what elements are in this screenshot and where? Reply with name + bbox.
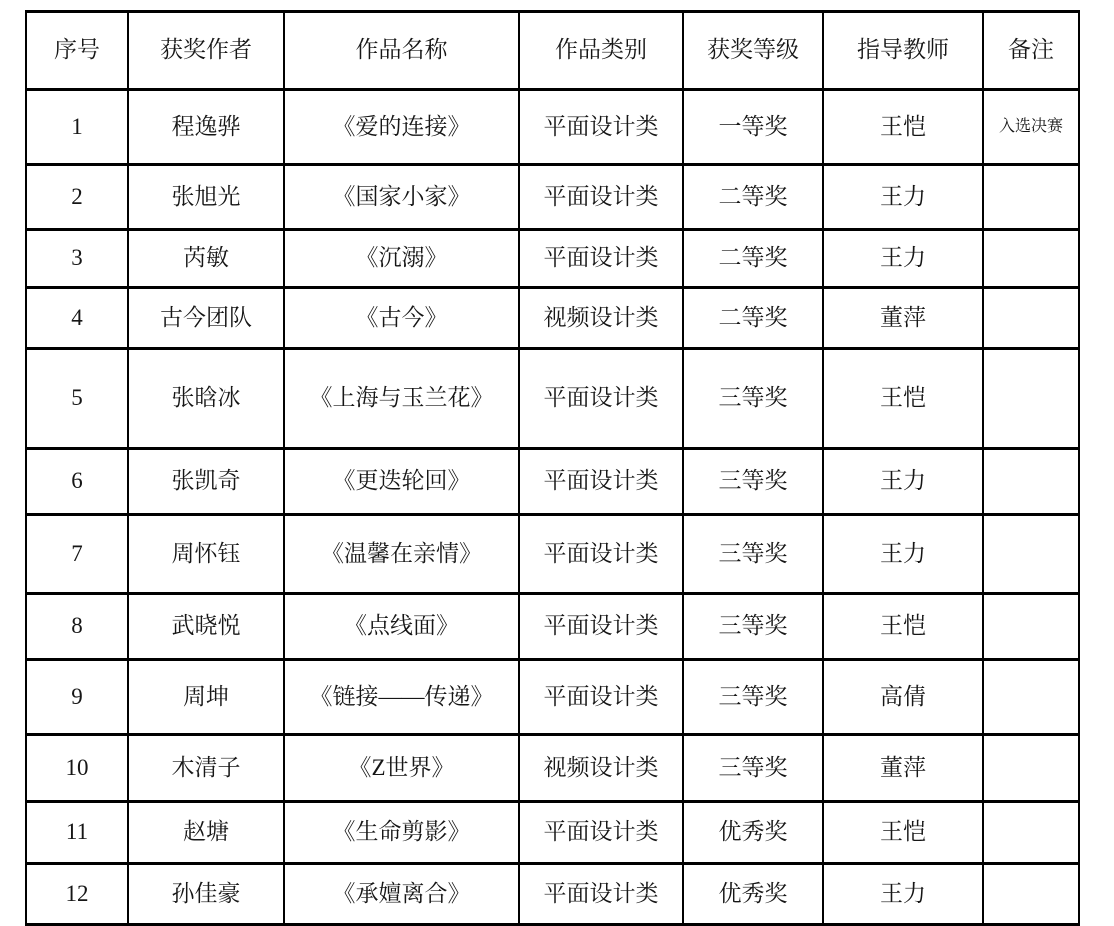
- cell-award: 三等奖: [683, 735, 823, 802]
- cell-serial: 8: [26, 594, 128, 660]
- cell-note: [983, 449, 1079, 515]
- table-row: 4 古今团队 《古今》 视频设计类 二等奖 董萍: [26, 288, 1079, 349]
- cell-title: 《国家小家》: [284, 165, 519, 230]
- cell-serial: 9: [26, 660, 128, 735]
- cell-teacher: 王恺: [823, 802, 983, 864]
- cell-category: 平面设计类: [519, 230, 683, 288]
- cell-note: [983, 735, 1079, 802]
- cell-author: 芮敏: [128, 230, 284, 288]
- table-row: 12 孙佳豪 《承嬗离合》 平面设计类 优秀奖 王力: [26, 864, 1079, 925]
- cell-category: 平面设计类: [519, 165, 683, 230]
- table-row: 11 赵塘 《生命剪影》 平面设计类 优秀奖 王恺: [26, 802, 1079, 864]
- cell-category: 平面设计类: [519, 515, 683, 594]
- cell-award: 三等奖: [683, 515, 823, 594]
- table-row: 6 张凯奇 《更迭轮回》 平面设计类 三等奖 王力: [26, 449, 1079, 515]
- table-row: 8 武晓悦 《点线面》 平面设计类 三等奖 王恺: [26, 594, 1079, 660]
- cell-title: 《更迭轮回》: [284, 449, 519, 515]
- cell-serial: 6: [26, 449, 128, 515]
- cell-teacher: 王力: [823, 230, 983, 288]
- cell-author: 古今团队: [128, 288, 284, 349]
- cell-title: 《爱的连接》: [284, 90, 519, 165]
- cell-award: 三等奖: [683, 449, 823, 515]
- cell-note: [983, 515, 1079, 594]
- cell-serial: 5: [26, 349, 128, 449]
- cell-serial: 10: [26, 735, 128, 802]
- cell-serial: 3: [26, 230, 128, 288]
- cell-teacher: 董萍: [823, 288, 983, 349]
- cell-note: [983, 864, 1079, 925]
- cell-teacher: 王恺: [823, 594, 983, 660]
- cell-award: 二等奖: [683, 165, 823, 230]
- cell-author: 张晗冰: [128, 349, 284, 449]
- cell-category: 视频设计类: [519, 288, 683, 349]
- cell-title: 《沉溺》: [284, 230, 519, 288]
- cell-teacher: 王恺: [823, 349, 983, 449]
- cell-teacher: 王力: [823, 449, 983, 515]
- cell-award: 三等奖: [683, 594, 823, 660]
- cell-title: 《温馨在亲情》: [284, 515, 519, 594]
- cell-teacher: 高倩: [823, 660, 983, 735]
- cell-author: 武晓悦: [128, 594, 284, 660]
- cell-author: 周怀钰: [128, 515, 284, 594]
- table-row: 3 芮敏 《沉溺》 平面设计类 二等奖 王力: [26, 230, 1079, 288]
- header-teacher: 指导教师: [823, 12, 983, 90]
- cell-note: [983, 660, 1079, 735]
- cell-title: 《古今》: [284, 288, 519, 349]
- cell-serial: 4: [26, 288, 128, 349]
- cell-title: 《Z世界》: [284, 735, 519, 802]
- cell-award: 三等奖: [683, 349, 823, 449]
- cell-teacher: 王力: [823, 515, 983, 594]
- cell-serial: 7: [26, 515, 128, 594]
- table-row: 5 张晗冰 《上海与玉兰花》 平面设计类 三等奖 王恺: [26, 349, 1079, 449]
- cell-author: 木清子: [128, 735, 284, 802]
- header-author: 获奖作者: [128, 12, 284, 90]
- table-row: 2 张旭光 《国家小家》 平面设计类 二等奖 王力: [26, 165, 1079, 230]
- header-note: 备注: [983, 12, 1079, 90]
- awards-table: 序号 获奖作者 作品名称 作品类别 获奖等级 指导教师 备注 1 程逸骅 《爱的…: [25, 10, 1080, 926]
- cell-award: 二等奖: [683, 230, 823, 288]
- cell-category: 平面设计类: [519, 660, 683, 735]
- cell-note: 入选决赛: [983, 90, 1079, 165]
- cell-award: 优秀奖: [683, 864, 823, 925]
- cell-serial: 1: [26, 90, 128, 165]
- cell-category: 平面设计类: [519, 594, 683, 660]
- table-row: 1 程逸骅 《爱的连接》 平面设计类 一等奖 王恺 入选决赛: [26, 90, 1079, 165]
- cell-award: 优秀奖: [683, 802, 823, 864]
- cell-category: 平面设计类: [519, 90, 683, 165]
- cell-serial: 12: [26, 864, 128, 925]
- cell-serial: 11: [26, 802, 128, 864]
- header-category: 作品类别: [519, 12, 683, 90]
- table-row: 9 周坤 《链接——传递》 平面设计类 三等奖 高倩: [26, 660, 1079, 735]
- document-page: 序号 获奖作者 作品名称 作品类别 获奖等级 指导教师 备注 1 程逸骅 《爱的…: [0, 0, 1114, 926]
- cell-category: 平面设计类: [519, 449, 683, 515]
- header-award: 获奖等级: [683, 12, 823, 90]
- cell-category: 平面设计类: [519, 802, 683, 864]
- cell-category: 平面设计类: [519, 349, 683, 449]
- cell-note: [983, 802, 1079, 864]
- cell-author: 张旭光: [128, 165, 284, 230]
- cell-note: [983, 349, 1079, 449]
- cell-teacher: 王力: [823, 165, 983, 230]
- header-title: 作品名称: [284, 12, 519, 90]
- cell-author: 赵塘: [128, 802, 284, 864]
- cell-teacher: 王力: [823, 864, 983, 925]
- table-row: 7 周怀钰 《温馨在亲情》 平面设计类 三等奖 王力: [26, 515, 1079, 594]
- cell-title: 《生命剪影》: [284, 802, 519, 864]
- cell-author: 张凯奇: [128, 449, 284, 515]
- table-row: 10 木清子 《Z世界》 视频设计类 三等奖 董萍: [26, 735, 1079, 802]
- cell-note: [983, 594, 1079, 660]
- cell-note: [983, 165, 1079, 230]
- cell-category: 平面设计类: [519, 864, 683, 925]
- table-header-row: 序号 获奖作者 作品名称 作品类别 获奖等级 指导教师 备注: [26, 12, 1079, 90]
- cell-author: 孙佳豪: [128, 864, 284, 925]
- cell-category: 视频设计类: [519, 735, 683, 802]
- cell-title: 《点线面》: [284, 594, 519, 660]
- cell-note: [983, 230, 1079, 288]
- header-serial: 序号: [26, 12, 128, 90]
- cell-title: 《上海与玉兰花》: [284, 349, 519, 449]
- cell-teacher: 董萍: [823, 735, 983, 802]
- cell-author: 周坤: [128, 660, 284, 735]
- cell-award: 二等奖: [683, 288, 823, 349]
- cell-title: 《链接——传递》: [284, 660, 519, 735]
- cell-serial: 2: [26, 165, 128, 230]
- cell-teacher: 王恺: [823, 90, 983, 165]
- cell-title: 《承嬗离合》: [284, 864, 519, 925]
- cell-note: [983, 288, 1079, 349]
- cell-award: 一等奖: [683, 90, 823, 165]
- cell-author: 程逸骅: [128, 90, 284, 165]
- cell-award: 三等奖: [683, 660, 823, 735]
